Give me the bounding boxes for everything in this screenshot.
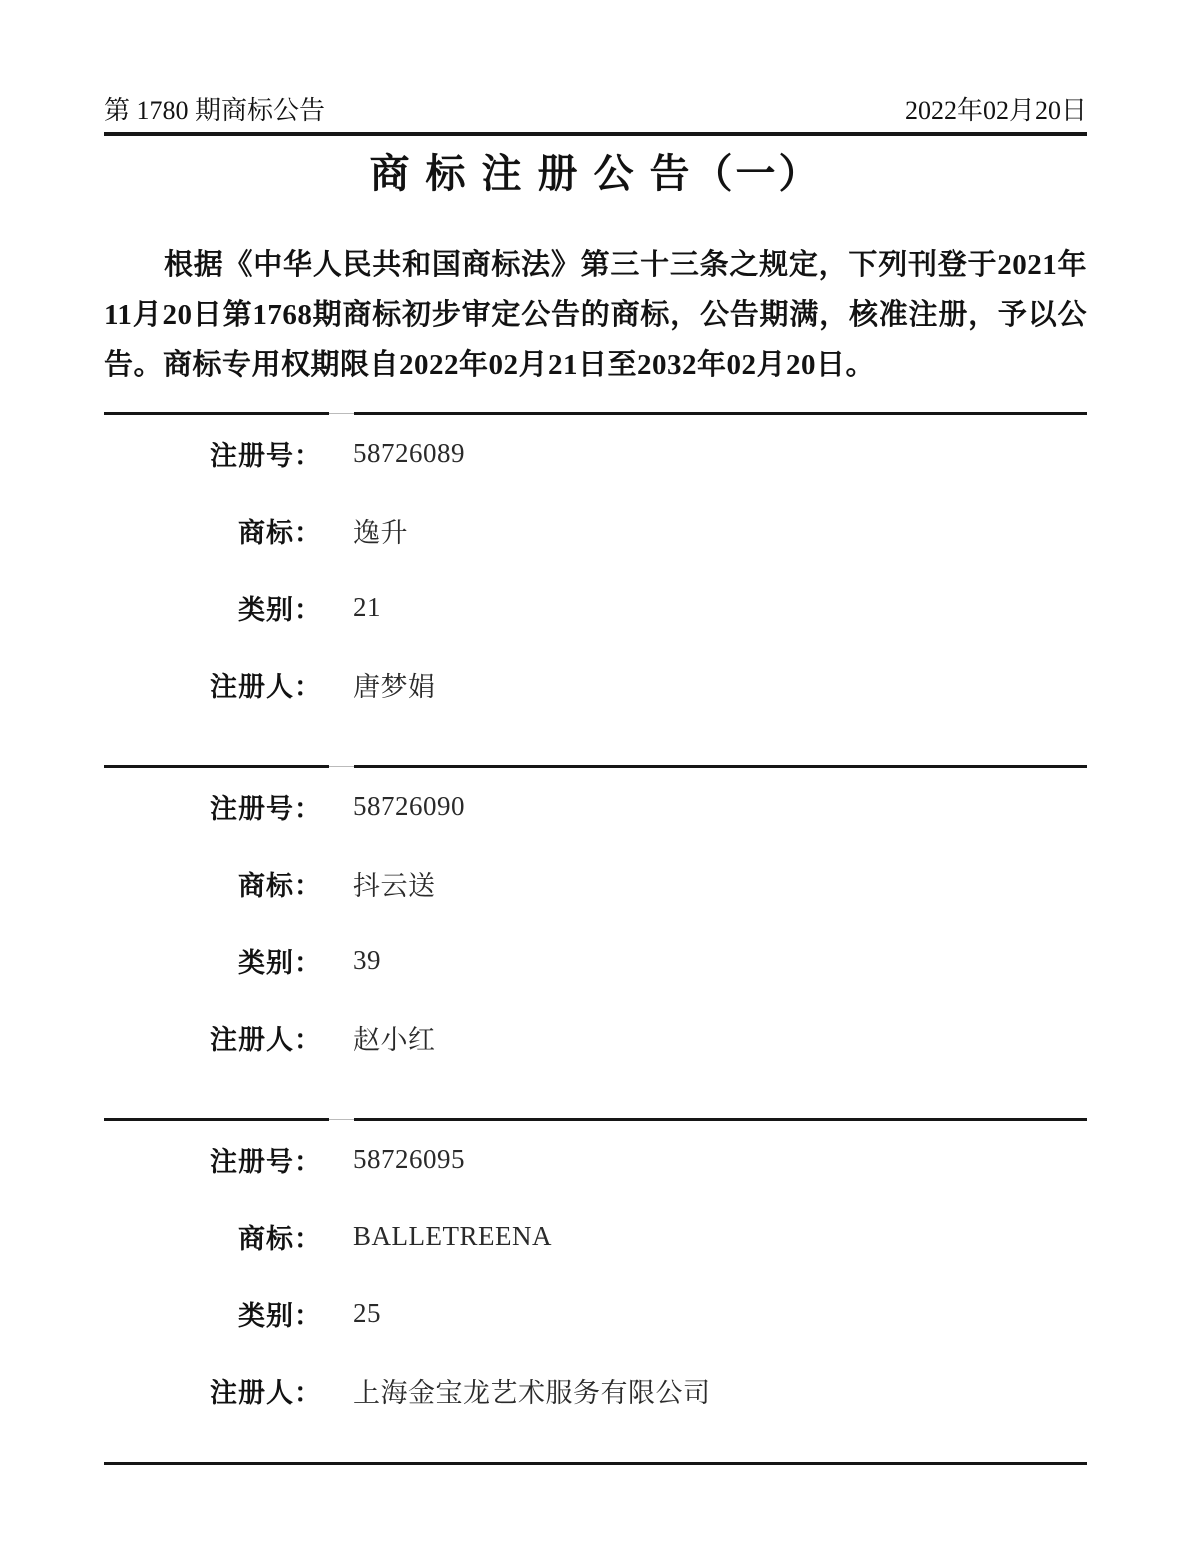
category-row: 类别： 25 bbox=[104, 1275, 1087, 1352]
reg-no-label: 注册号： bbox=[104, 787, 322, 826]
registrant-value: 唐梦娟 bbox=[353, 665, 436, 704]
trademark-value: 抖云送 bbox=[353, 864, 436, 903]
divider-left-segment bbox=[104, 1118, 329, 1121]
bottom-rule bbox=[104, 1462, 1087, 1465]
divider-right-segment bbox=[354, 412, 1087, 415]
registrant-label: 注册人： bbox=[104, 665, 322, 704]
trademark-value: 逸升 bbox=[353, 511, 408, 550]
category-label: 类别： bbox=[104, 1294, 322, 1333]
reg-no-row: 注册号： 58726090 bbox=[104, 768, 1087, 845]
trademark-label: 商标： bbox=[104, 1217, 322, 1256]
section-divider bbox=[104, 412, 1087, 415]
records-list: 注册号： 58726089 商标： 逸升 类别： 21 注册人： 唐梦娟 bbox=[104, 412, 1087, 1465]
category-row: 类别： 39 bbox=[104, 922, 1087, 999]
trademark-record: 注册号： 58726095 商标： BALLETREENA 类别： 25 注册人… bbox=[104, 1121, 1087, 1462]
reg-no-row: 注册号： 58726095 bbox=[104, 1121, 1087, 1198]
gazette-date-label: 2022年02月20日 bbox=[905, 95, 1087, 127]
divider-gap bbox=[329, 412, 354, 415]
category-label: 类别： bbox=[104, 941, 322, 980]
divider-gap bbox=[329, 1118, 354, 1121]
reg-no-value: 58726089 bbox=[353, 438, 465, 469]
registrant-row: 注册人： 唐梦娟 bbox=[104, 646, 1087, 723]
reg-no-value: 58726095 bbox=[353, 1144, 465, 1175]
page-header: 第 1780 期商标公告 2022年02月20日 bbox=[104, 0, 1087, 127]
trademark-label: 商标： bbox=[104, 864, 322, 903]
registrant-value: 赵小红 bbox=[353, 1018, 436, 1057]
divider-gap bbox=[329, 765, 354, 768]
divider-left-segment bbox=[104, 412, 329, 415]
category-row: 类别： 21 bbox=[104, 569, 1087, 646]
category-value: 25 bbox=[353, 1298, 381, 1329]
trademark-label: 商标： bbox=[104, 511, 322, 550]
registrant-value: 上海金宝龙艺术服务有限公司 bbox=[353, 1371, 711, 1410]
registrant-row: 注册人： 赵小红 bbox=[104, 999, 1087, 1076]
registrant-row: 注册人： 上海金宝龙艺术服务有限公司 bbox=[104, 1352, 1087, 1429]
reg-no-label: 注册号： bbox=[104, 434, 322, 473]
gazette-issue-label: 第 1780 期商标公告 bbox=[104, 95, 325, 127]
trademark-record: 注册号： 58726090 商标： 抖云送 类别： 39 注册人： 赵小红 bbox=[104, 768, 1087, 1118]
page-title: 商 标 注 册 公 告（一） bbox=[104, 148, 1087, 200]
section-divider bbox=[104, 1118, 1087, 1121]
trademark-row: 商标： 逸升 bbox=[104, 492, 1087, 569]
divider-right-segment bbox=[354, 1118, 1087, 1121]
divider-left-segment bbox=[104, 765, 329, 768]
registrant-label: 注册人： bbox=[104, 1371, 322, 1410]
page-content: 第 1780 期商标公告 2022年02月20日 商 标 注 册 公 告（一） … bbox=[104, 0, 1087, 1465]
header-rule bbox=[104, 132, 1087, 136]
category-value: 39 bbox=[353, 945, 381, 976]
category-label: 类别： bbox=[104, 588, 322, 627]
section-divider bbox=[104, 765, 1087, 768]
intro-paragraph: 根据《中华人民共和国商标法》第三十三条之规定，下列刊登于2021年11月20日第… bbox=[104, 240, 1087, 390]
trademark-value: BALLETREENA bbox=[353, 1221, 552, 1252]
trademark-row: 商标： BALLETREENA bbox=[104, 1198, 1087, 1275]
category-value: 21 bbox=[353, 592, 381, 623]
reg-no-row: 注册号： 58726089 bbox=[104, 415, 1087, 492]
reg-no-value: 58726090 bbox=[353, 791, 465, 822]
registrant-label: 注册人： bbox=[104, 1018, 322, 1057]
divider-right-segment bbox=[354, 765, 1087, 768]
trademark-record: 注册号： 58726089 商标： 逸升 类别： 21 注册人： 唐梦娟 bbox=[104, 415, 1087, 765]
gazette-page: 第 1780 期商标公告 2022年02月20日 商 标 注 册 公 告（一） … bbox=[0, 0, 1190, 1564]
reg-no-label: 注册号： bbox=[104, 1140, 322, 1179]
trademark-row: 商标： 抖云送 bbox=[104, 845, 1087, 922]
